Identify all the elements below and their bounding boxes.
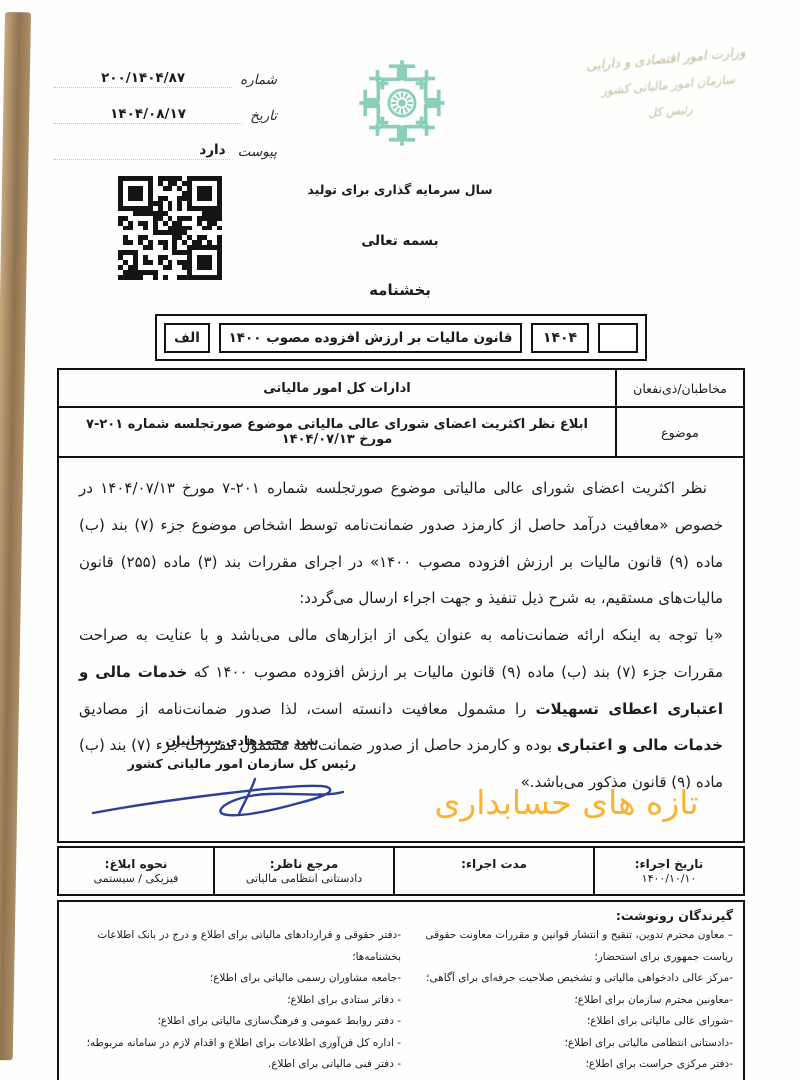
duration-label: مدت اجراء:: [461, 857, 527, 871]
recipient-item: -شورای عالی مالیاتی برای اطلاع؛: [409, 1011, 733, 1033]
exec-date-label: تاریخ اجراء:: [635, 857, 704, 871]
classification-empty-box: [598, 323, 638, 353]
copy-recipients-title: گیرندگان رونوشت:: [69, 908, 733, 923]
doc-attachment-row: پیوست دارد: [52, 136, 277, 160]
exec-date-value: ۱۴۰۰/۱۰/۱۰: [642, 872, 697, 885]
recipient-item: -دفتر مرکزی حراست برای اطلاع؛: [409, 1054, 733, 1076]
audience-value: ادارات کل امور مالیاتی: [59, 370, 615, 406]
scanned-circular-page: شماره ۲۰۰/۱۴۰۴/۸۷ تاریخ ۱۴۰۴/۰۸/۱۷ پیوست…: [0, 0, 800, 1080]
scan-binding-edge: [0, 12, 31, 1060]
doc-attachment-line: دارد: [54, 139, 230, 160]
doc-number-label: شماره: [240, 72, 277, 88]
classification-year: ۱۴۰۴: [531, 323, 589, 353]
supervisor-value: دادستانی انتظامی مالیاتی: [246, 872, 362, 885]
recipient-item: -معاونین محترم سازمان برای اطلاع؛: [409, 990, 733, 1012]
doc-number-row: شماره ۲۰۰/۱۴۰۴/۸۷: [52, 64, 277, 88]
recipient-item: -جامعه مشاوران رسمی مالیاتی برای اطلاع؛: [69, 968, 401, 990]
doc-date-row: تاریخ ۱۴۰۴/۰۸/۱۷: [52, 100, 277, 124]
supervisor-label: مرجع ناظر:: [270, 857, 339, 871]
recipient-item: - دفتر فنی مالیاتی برای اطلاع.: [69, 1054, 401, 1076]
doc-date-label: تاریخ: [250, 108, 277, 124]
audience-row: مخاطبان/ذی‌نفعان ادارات کل امور مالیاتی: [59, 370, 743, 406]
recipient-item: – معاون محترم تدوین، تنقیح و انتشار قوان…: [409, 925, 733, 968]
doc-attachment-label: پیوست: [238, 144, 277, 160]
document-type-title: بخشنامه: [0, 281, 800, 299]
qr-code: [118, 176, 222, 280]
recipients-column-left: -دفتر حقوقی و قراردادهای مالیاتی برای اط…: [69, 925, 401, 1076]
recipient-item: -مرکز عالی دادخواهی مالیاتی و تشخیص صلاح…: [409, 968, 733, 990]
supervisor-cell: مرجع ناظر: دادستانی انتظامی مالیاتی: [213, 848, 393, 894]
subject-value: ابلاغ نظر اکثریت اعضای شورای عالی مالیات…: [59, 408, 615, 456]
notify-method-cell: نحوه ابلاغ: فیزیکی / سیستمی: [59, 848, 213, 894]
signatory-title: رئیس کل سازمان امور مالیاتی کشور: [107, 753, 377, 776]
doc-number-line: ۲۰۰/۱۴۰۴/۸۷: [54, 67, 232, 88]
tax-administration-logo-icon: [350, 54, 454, 152]
p2-bold-2: خدمات مالی و اعتباری: [557, 736, 723, 754]
subject-row: موضوع ابلاغ نظر اکثریت اعضای شورای عالی …: [59, 406, 743, 456]
letterhead-number-block: شماره ۲۰۰/۱۴۰۴/۸۷ تاریخ ۱۴۰۴/۰۸/۱۷ پیوست…: [52, 64, 277, 172]
recipient-item: - اداره کل فن‌آوری اطلاعات برای اطلاع و …: [69, 1033, 401, 1055]
handwritten-signature: [87, 767, 377, 825]
audience-label: مخاطبان/ذی‌نفعان: [615, 370, 743, 406]
doc-number-value: ۲۰۰/۱۴۰۴/۸۷: [101, 70, 185, 86]
body-paragraph-1: نظر اکثریت اعضای شورای عالی مالیاتی موضو…: [79, 470, 723, 617]
execution-meta-table: تاریخ اجراء: ۱۴۰۰/۱۰/۱۰ مدت اجراء: مرجع …: [57, 846, 745, 896]
duration-cell: مدت اجراء:: [393, 848, 593, 894]
site-watermark: تازه های حسابداری: [413, 783, 720, 822]
recipient-item: -دادستانی انتظامی مالیاتی برای اطلاع؛: [409, 1033, 733, 1055]
notify-method-label: نحوه ابلاغ:: [105, 857, 168, 871]
copy-recipients-box: گیرندگان رونوشت: – معاون محترم تدوین، تن…: [57, 900, 745, 1080]
info-table: مخاطبان/ذی‌نفعان ادارات کل امور مالیاتی …: [57, 368, 745, 458]
besmellah-line: بسمه تعالی: [0, 233, 800, 249]
doc-attachment-value: دارد: [199, 142, 225, 158]
p2-segment-2: را مشمول معافیت دانسته است، لذا صدور ضما…: [79, 700, 535, 718]
notify-method-value: فیزیکی / سیستمی: [94, 872, 179, 885]
letterhead-ministry-calligraphy: وزارت امور اقتصادی و دارایی سازمان امور …: [546, 42, 791, 129]
doc-date-line: ۱۴۰۴/۰۸/۱۷: [54, 103, 242, 124]
classification-law-title: قانون مالیات بر ارزش افزوده مصوب ۱۴۰۰: [219, 323, 522, 353]
recipient-item: - دفتر روابط عمومی و فرهنگ‌سازی مالیاتی …: [69, 1011, 401, 1033]
signature-block: سید محمدهادی سبحانیان رئیس کل سازمان امو…: [107, 730, 377, 825]
subject-label: موضوع: [615, 408, 743, 456]
classification-letter: الف: [164, 323, 210, 353]
recipient-item: - دفاتر ستادی برای اطلاع؛: [69, 990, 401, 1012]
copy-recipients-columns: – معاون محترم تدوین، تنقیح و انتشار قوان…: [69, 925, 733, 1076]
doc-date-value: ۱۴۰۴/۰۸/۱۷: [110, 106, 186, 122]
exec-date-cell: تاریخ اجراء: ۱۴۰۰/۱۰/۱۰: [593, 848, 743, 894]
classification-strip: ۱۴۰۴ قانون مالیات بر ارزش افزوده مصوب ۱۴…: [155, 314, 647, 361]
recipient-item: -دفتر حقوقی و قراردادهای مالیاتی برای اط…: [69, 925, 401, 968]
recipients-column-right: – معاون محترم تدوین، تنقیح و انتشار قوان…: [401, 925, 733, 1076]
framed-content: مخاطبان/ذی‌نفعان ادارات کل امور مالیاتی …: [57, 368, 745, 1080]
signatory-name: سید محمدهادی سبحانیان: [107, 730, 377, 753]
